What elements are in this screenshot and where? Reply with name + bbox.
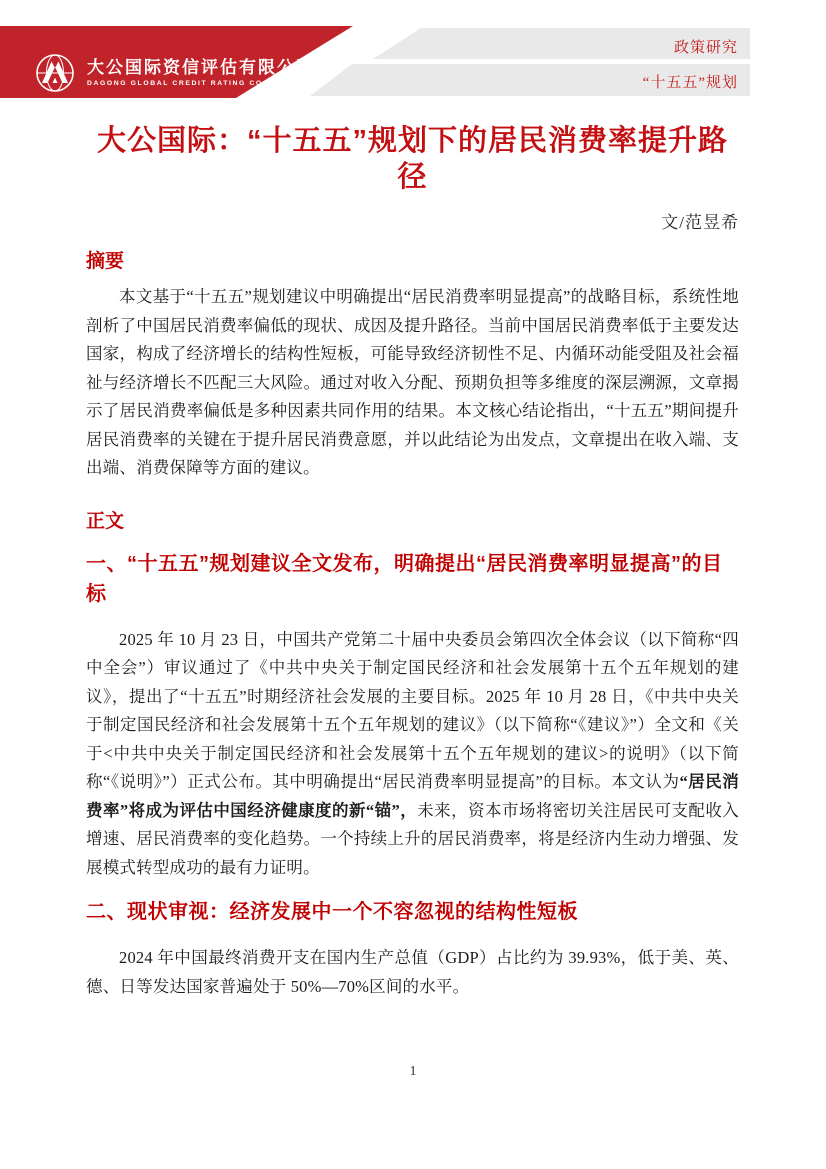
company-name-en: DAGONG GLOBAL CREDIT RATING CO.,LTD bbox=[87, 79, 315, 88]
section-1-heading: 一、“十五五”规划建议全文发布，明确提出“居民消费率明显提高”的目标 bbox=[86, 549, 739, 609]
section-1-paragraph: 2025 年 10 月 23 日，中国共产党第二十届中央委员会第四次全体会议（以… bbox=[86, 626, 739, 883]
abstract-paragraph: 本文基于“十五五”规划建议中明确提出“居民消费率明显提高”的战略目标，系统性地剖… bbox=[86, 283, 739, 483]
company-name-cn: 大公国际资信评估有限公司 bbox=[87, 58, 315, 77]
report-topic-label: “十五五”规划 bbox=[643, 71, 738, 92]
report-category-label: 政策研究 bbox=[674, 36, 738, 57]
page-header: 大公国际资信评估有限公司 DAGONG GLOBAL CREDIT RATING… bbox=[0, 0, 826, 110]
company-logo: 大公国际资信评估有限公司 DAGONG GLOBAL CREDIT RATING… bbox=[34, 52, 315, 94]
page-number: 1 bbox=[0, 1064, 826, 1080]
article-byline: 文/范昱希 bbox=[86, 208, 739, 233]
dagong-globe-logo-icon bbox=[34, 52, 76, 94]
main-text-heading: 正文 bbox=[86, 510, 739, 534]
report-page: 大公国际资信评估有限公司 DAGONG GLOBAL CREDIT RATING… bbox=[0, 0, 826, 1169]
section-2-paragraph: 2024 年中国最终消费开支在国内生产总值（GDP）占比约为 39.93%，低于… bbox=[86, 944, 739, 1001]
company-name: 大公国际资信评估有限公司 DAGONG GLOBAL CREDIT RATING… bbox=[87, 58, 315, 88]
article-title: 大公国际：“十五五”规划下的居民消费率提升路径 bbox=[86, 123, 739, 195]
abstract-heading: 摘要 bbox=[86, 250, 739, 274]
section-1-paragraph-pre: 2025 年 10 月 23 日，中国共产党第二十届中央委员会第四次全体会议（以… bbox=[86, 630, 739, 792]
article-content: 大公国际：“十五五”规划下的居民消费率提升路径 文/范昱希 摘要 本文基于“十五… bbox=[86, 110, 739, 1001]
section-2-heading: 二、现状审视：经济发展中一个不容忽视的结构性短板 bbox=[86, 897, 739, 927]
